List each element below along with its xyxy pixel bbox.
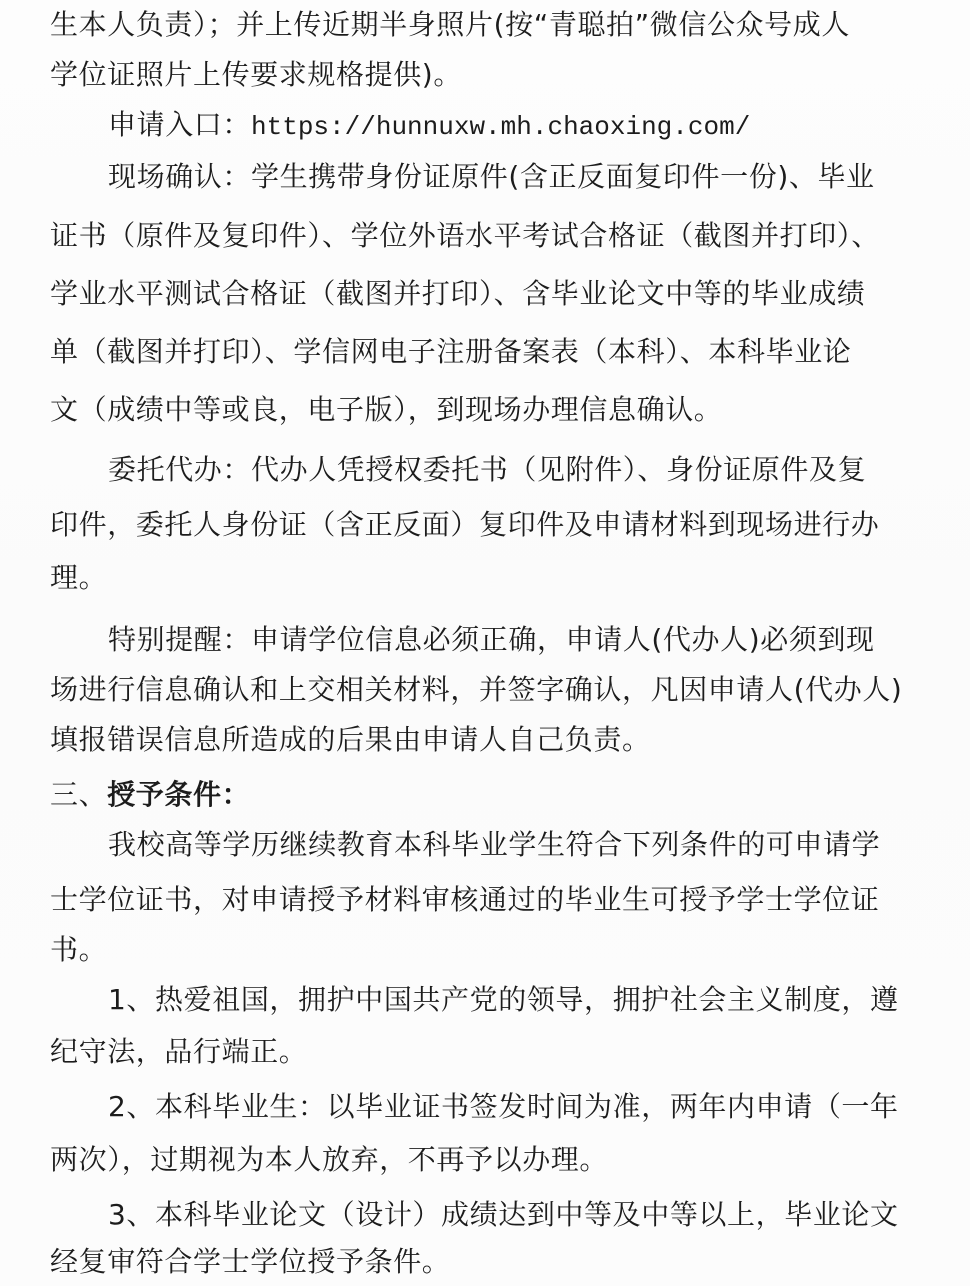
onsite-confirmation-line-2: 证书（原件及复印件）、学位外语水平考试合格证（截图并打印）、 xyxy=(50,219,880,253)
condition-1-line-1: 1、热爱祖国，拥护中国共产党的领导，拥护社会主义制度，遵 xyxy=(108,983,899,1017)
onsite-confirmation-line-1: 现场确认：学生携带身份证原件(含正反面复印件一份)、毕业 xyxy=(108,160,875,194)
conditions-intro-line-3: 书。 xyxy=(50,933,107,967)
proxy-handling-line-1: 委托代办：代办人凭授权委托书（见附件）、身份证原件及复 xyxy=(108,453,866,487)
application-entry-line: 申请入口：https://hunnuxw.mh.chaoxing.com/ xyxy=(108,108,750,144)
section-heading: 三、授予条件： xyxy=(50,778,250,812)
paragraph-line-photo-spec: 学位证照片上传要求规格提供)。 xyxy=(50,58,462,92)
scanned-document-page: 生本人负责）；并上传近期半身照片(按“青聪拍”微信公众号成人 学位证照片上传要求… xyxy=(0,0,970,1286)
onsite-confirmation-line-4: 单（截图并打印）、学信网电子注册备案表（本科）、本科毕业论 xyxy=(50,335,851,369)
special-reminder-line-1: 特别提醒：申请学位信息必须正确，申请人(代办人)必须到现 xyxy=(108,623,875,657)
section-number: 三、 xyxy=(50,778,107,811)
proxy-handling-line-2: 印件，委托人身份证（含正反面）复印件及申请材料到现场进行办 xyxy=(50,508,879,542)
application-entry-url[interactable]: https://hunnuxw.mh.chaoxing.com/ xyxy=(251,112,750,142)
onsite-confirmation-line-3: 学业水平测试合格证（截图并打印）、含毕业论文中等的毕业成绩 xyxy=(50,277,865,311)
condition-3-line-2: 经复审符合学士学位授予条件。 xyxy=(50,1245,450,1279)
condition-3-line-1: 3、本科毕业论文（设计）成绩达到中等及中等以上，毕业论文 xyxy=(108,1198,899,1232)
special-reminder-line-2: 场进行信息确认和上交相关材料，并签字确认，凡因申请人(代办人) xyxy=(50,673,902,707)
special-reminder-line-3: 填报错误信息所造成的后果由申请人自己负责。 xyxy=(50,723,651,757)
application-entry-label: 申请入口： xyxy=(108,108,251,141)
condition-1-line-2: 纪守法，品行端正。 xyxy=(50,1035,307,1069)
condition-2-line-2: 两次），过期视为本人放弃，不再予以办理。 xyxy=(50,1143,608,1177)
paragraph-line-photo-requirement: 生本人负责）；并上传近期半身照片(按“青聪拍”微信公众号成人 xyxy=(50,8,850,42)
onsite-confirmation-line-5: 文（成绩中等或良，电子版），到现场办理信息确认。 xyxy=(50,393,722,427)
condition-2-line-1: 2、本科毕业生：以毕业证书签发时间为准，两年内申请（一年 xyxy=(108,1090,899,1124)
conditions-intro-line-2: 士学位证书，对申请授予材料审核通过的毕业生可授予学士学位证 xyxy=(50,883,879,917)
conditions-intro-line-1: 我校高等学历继续教育本科毕业学生符合下列条件的可申请学 xyxy=(108,828,880,862)
section-title: 授予条件： xyxy=(107,778,250,811)
proxy-handling-line-3: 理。 xyxy=(50,561,107,595)
